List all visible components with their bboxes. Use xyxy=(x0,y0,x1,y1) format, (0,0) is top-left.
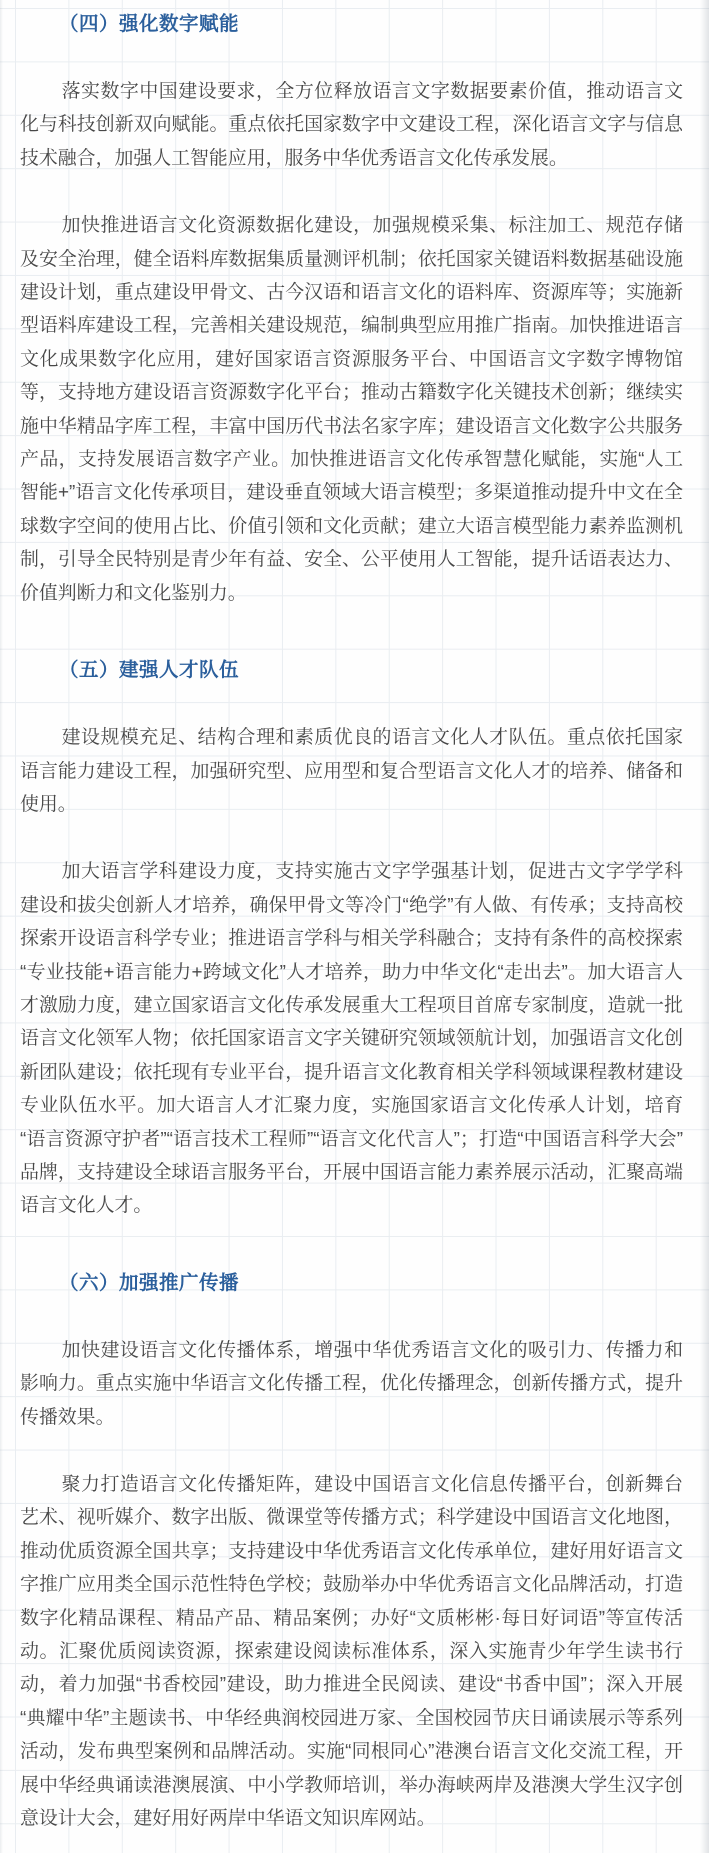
paragraph: 建设规模充足、结构合理和素质优良的语言文化人才队伍。重点依托国家语言能力建设工程… xyxy=(20,721,683,821)
document-page: （四）强化数字赋能 落实数字中国建设要求，全方位释放语言文字数据要素价值，推动语… xyxy=(0,0,709,1853)
section-heading: （六）加强推广传播 xyxy=(20,1267,683,1300)
page-edge-shadow-right xyxy=(700,0,709,1853)
paragraph: 加大语言学科建设力度，支持实施古文字学强基计划，促进古文字学学科建设和拔尖创新人… xyxy=(20,855,683,1222)
paragraph: 聚力打造语言文化传播矩阵，建设中国语言文化信息传播平台，创新舞台艺术、视听媒介、… xyxy=(20,1468,683,1835)
section-heading: （五）建强人才队伍 xyxy=(20,654,683,687)
section-promotion-dissemination: （六）加强推广传播 加快建设语言文化传播体系，增强中华优秀语言文化的吸引力、传播… xyxy=(20,1267,683,1836)
paragraph: 加快推进语言文化资源数据化建设，加强规模采集、标注加工、规范存储及安全治理，健全… xyxy=(20,209,683,610)
paragraph: 加快建设语言文化传播体系，增强中华优秀语言文化的吸引力、传播力和影响力。重点实施… xyxy=(20,1334,683,1434)
section-heading: （四）强化数字赋能 xyxy=(20,8,683,41)
paragraph: 落实数字中国建设要求，全方位释放语言文字数据要素价值，推动语言文化与科技创新双向… xyxy=(20,75,683,175)
section-digital-empowerment: （四）强化数字赋能 落实数字中国建设要求，全方位释放语言文字数据要素价值，推动语… xyxy=(20,8,683,610)
page-edge-shadow-left xyxy=(0,0,3,1853)
section-talent-team: （五）建强人才队伍 建设规模充足、结构合理和素质优良的语言文化人才队伍。重点依托… xyxy=(20,654,683,1223)
